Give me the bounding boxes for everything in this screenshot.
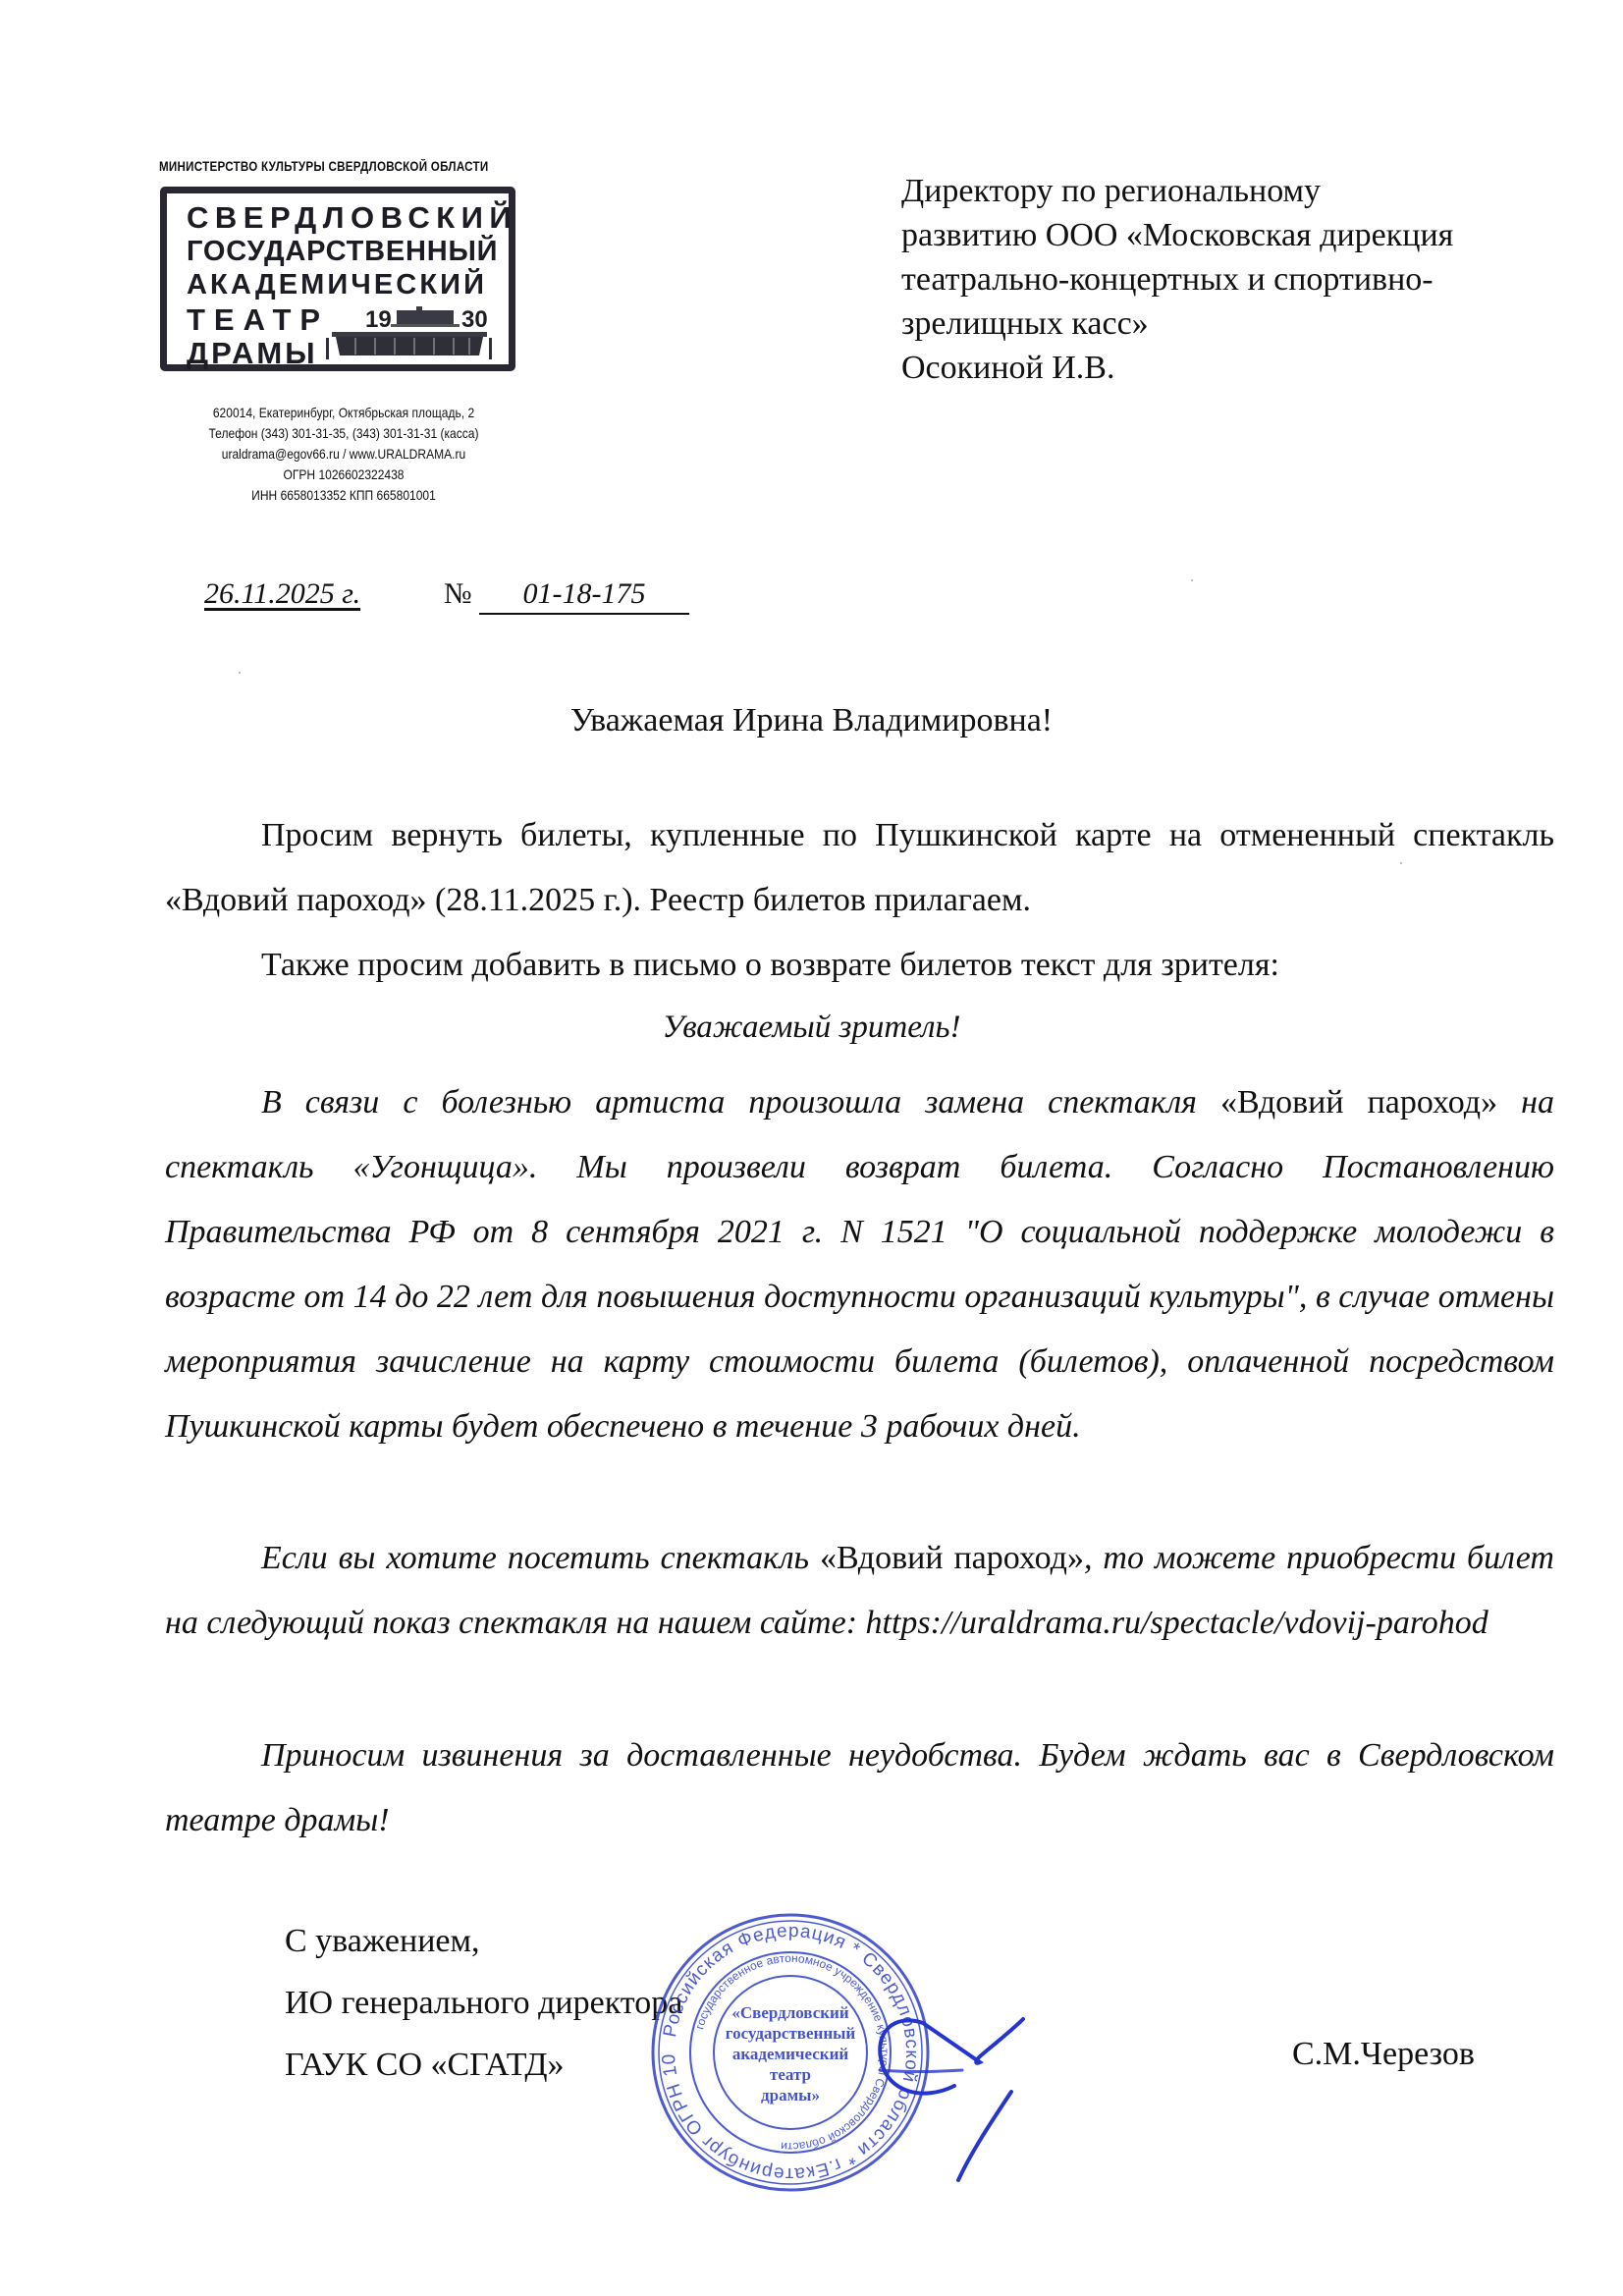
logo-line: АКАДЕМИЧЕСКИЙ — [187, 268, 487, 301]
letter-date: 26.11.2025 г. — [204, 577, 360, 611]
viewer-paragraph-apology: Приносим извинения за доставленные неудо… — [165, 1723, 1554, 1853]
number-sign: № — [444, 577, 472, 611]
signer-position: ИО генерального директора — [285, 1972, 682, 2034]
show-title: «Вдовий пароход» — [820, 1540, 1084, 1576]
svg-text:театр: театр — [770, 2065, 811, 2084]
theatre-building-icon — [322, 304, 497, 365]
signer-name: С.М.Черезов — [1292, 2036, 1475, 2073]
email-website: uraldrama@egov66.ru / www.URALDRAMA.ru — [184, 444, 505, 465]
logo-line: ТЕАТР — [187, 303, 329, 337]
closing: С уважением, — [285, 1910, 682, 1972]
svg-text:государственный: государственный — [726, 2024, 856, 2043]
addressee-line: Директору по региональному — [901, 169, 1453, 213]
logo-line: ДРАМЫ — [187, 337, 318, 370]
paragraph-add-text: Также просим добавить в письмо о возврат… — [165, 933, 1554, 998]
addressee-name: Осокиной И.В. — [901, 346, 1453, 390]
show-title: «Вдовий пароход» — [1220, 1084, 1497, 1121]
letter-number: 01-18-175 — [479, 577, 689, 615]
svg-text:«Свердловский: «Свердловский — [731, 2003, 848, 2022]
salutation: Уважаемая Ирина Владимировна! — [0, 702, 1623, 739]
scan-speck — [239, 672, 241, 674]
addressee-line: развитию ООО «Московская дирекция — [901, 213, 1453, 257]
logo-line: СВЕРДЛОВСКИЙ — [187, 201, 517, 235]
letterhead-contacts: 620014, Екатеринбург, Октябрьская площад… — [157, 403, 530, 506]
text-fragment: В связи с болезнью артиста произошла зам… — [261, 1084, 1220, 1121]
ministry-header: МИНИСТЕРСТВО КУЛЬТУРЫ СВЕРДЛОВСКОЙ ОБЛАС… — [159, 159, 476, 174]
inn-kpp: ИНН 6658013352 КПП 665801001 — [184, 485, 505, 506]
viewer-paragraph-replacement: В связи с болезнью артиста произошла зам… — [165, 1070, 1554, 1459]
scan-speck — [1191, 579, 1193, 581]
theatre-logo: СВЕРДЛОВСКИЙ ГОСУДАРСТВЕННЫЙ АКАДЕМИЧЕСК… — [160, 187, 515, 371]
addressee-block: Директору по региональному развитию ООО … — [901, 169, 1453, 390]
text-fragment: Если вы хотите посетить спектакль — [261, 1540, 820, 1576]
viewer-salutation: Уважаемый зритель! — [0, 1010, 1623, 1046]
addressee-line: зрелищных касс» — [901, 301, 1453, 346]
viewer-paragraph-rebook: Если вы хотите посетить спектакль «Вдови… — [165, 1526, 1554, 1656]
scan-speck — [1400, 862, 1402, 864]
organization: ГАУК СО «СГАТД» — [285, 2034, 682, 2096]
address: 620014, Екатеринбург, Октябрьская площад… — [184, 403, 505, 423]
phones: Телефон (343) 301-31-35, (343) 301-31-31… — [184, 423, 505, 444]
ogrn: ОГРН 1026602322438 — [184, 465, 505, 485]
addressee-line: театрально-концертных и спортивно- — [901, 257, 1453, 301]
handwritten-signature-icon — [864, 2013, 1031, 2190]
svg-text:драмы»: драмы» — [761, 2086, 820, 2105]
text-fragment: на спектакль «Угонщица». Мы произвели во… — [165, 1084, 1554, 1445]
paragraph-request: Просим вернуть билеты, купленные по Пушк… — [165, 803, 1554, 933]
logo-line: ГОСУДАРСТВЕННЫЙ — [187, 235, 498, 268]
signature-block: С уважением, ИО генерального директора Г… — [285, 1910, 682, 2096]
svg-text:академический: академический — [732, 2045, 849, 2063]
